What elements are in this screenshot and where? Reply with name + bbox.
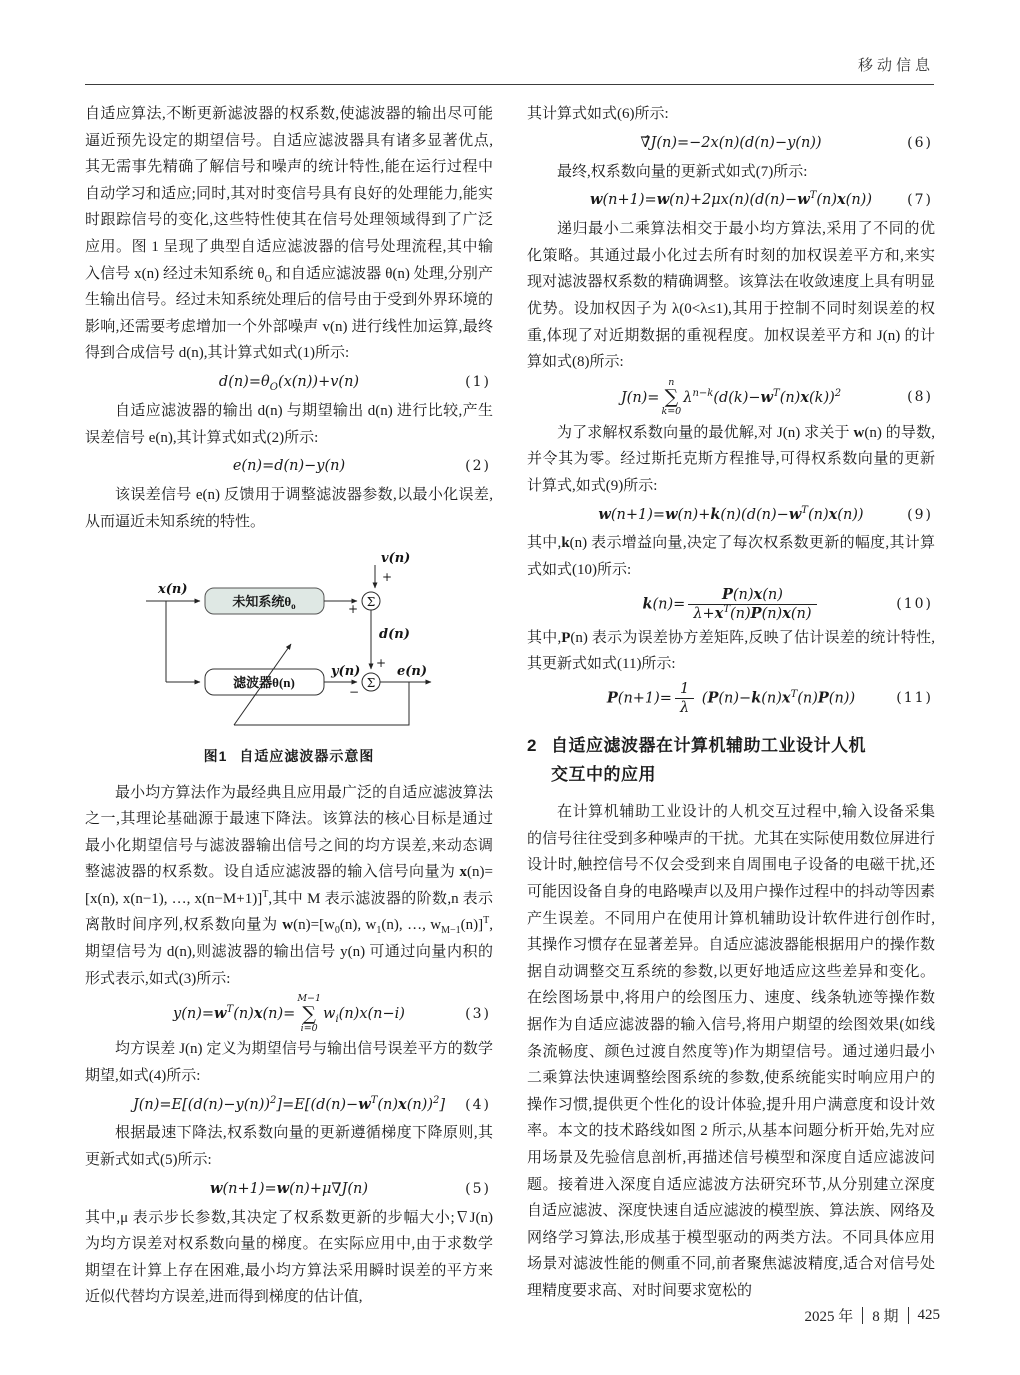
filter-label: 滤波器θ(n): [233, 675, 295, 690]
section-title-line1: 自适应滤波器在计算机辅助工业设计人机: [551, 736, 866, 755]
output-label: y(n): [330, 664, 360, 679]
plus-sign-mid: +: [376, 656, 386, 670]
equation-body: w(n+1)=w(n)+2μx(n)(d(n)−wT(n)x(n)): [590, 187, 872, 214]
section-title-line2: 交互中的应用: [551, 765, 656, 784]
equation-number: (3): [465, 1001, 491, 1028]
equation-number: (10): [896, 591, 933, 618]
equation: k(n)=P(n)x(n)λ+xT(n)P(n)x(n)(10): [527, 586, 935, 623]
sigma-icon: Σ: [366, 676, 374, 690]
equation-body: J(n)=n∑k=0λn−k(d(k)−wT(n)x(k))2: [621, 378, 841, 418]
paragraph: 最终,权系数向量的更新式如式(7)所示:: [527, 159, 935, 186]
left-column: 自适应算法,不断更新滤波器的权系数,使滤波器的输出尽可能逼近预先设定的期望信号。…: [85, 101, 493, 1311]
section-number: 2: [527, 731, 537, 789]
equation: J(n)=E[(d(n)−y(n))2]=E[(d(n)−wT(n)x(n))2…: [85, 1091, 493, 1118]
desired-label: d(n): [379, 627, 410, 642]
equation-number: (6): [907, 130, 933, 157]
paragraph: 其计算式如式(6)所示:: [527, 101, 935, 128]
equation-number: (7): [907, 187, 933, 214]
equation: e(n)=d(n)−y(n)(2): [85, 453, 493, 480]
journal-title: 移动信息: [858, 57, 934, 74]
equation-number: (8): [907, 384, 933, 411]
plus-sign-top: +: [348, 602, 358, 616]
footer-divider: [908, 1307, 909, 1324]
paragraph: 自适应滤波器的输出 d(n) 与期望输出 d(n) 进行比较,产生误差信号 e(…: [85, 398, 493, 451]
equation: w(n+1)=w(n)+k(n)(d(n)−wT(n)x(n))(9): [527, 501, 935, 528]
footer-year: 2025 年: [804, 1305, 853, 1326]
section-title: 自适应滤波器在计算机辅助工业设计人机 交互中的应用: [551, 731, 866, 789]
figure-caption-label: 图1: [204, 748, 228, 764]
right-column: 其计算式如式(6)所示:∇̂J(n)=−2x(n)(d(n)−y(n))(6)最…: [527, 101, 935, 1305]
paragraph: 其中,k(n) 表示增益向量,决定了每次权系数更新的幅度,其计算式如式(10)所…: [527, 530, 935, 583]
equation-number: (9): [907, 502, 933, 529]
equation-body: P(n+1)=1λ (P(n)−k(n)xT(n)P(n)): [607, 680, 855, 717]
equation-body: J(n)=E[(d(n)−y(n))2]=E[(d(n)−wT(n)x(n))2…: [133, 1092, 445, 1119]
equation: ∇̂J(n)=−2x(n)(d(n)−y(n))(6): [527, 130, 935, 157]
paragraph: 根据最速下降法,权系数向量的更新遵循梯度下降原则,其更新式如式(5)所示:: [85, 1120, 493, 1173]
equation-body: d(n)=θO(x(n))+v(n): [219, 369, 359, 396]
equation: J(n)=n∑k=0λn−k(d(k)−wT(n)x(k))2(8): [527, 378, 935, 418]
minus-sign: −: [349, 685, 359, 699]
equation-number: (5): [465, 1176, 491, 1203]
paper-page: 移动信息 自适应算法,不断更新滤波器的权系数,使滤波器的输出尽可能逼近预先设定的…: [0, 0, 1020, 1375]
equation-number: (4): [465, 1092, 491, 1119]
paragraph: 该误差信号 e(n) 反馈用于调整滤波器参数,以最小化误差,从而逼近未知系统的特…: [85, 482, 493, 535]
footer-issue: 8 期: [872, 1305, 898, 1326]
noise-label: v(n): [381, 551, 410, 566]
adaptive-filter-diagram: x(n) v(n) d(n) y(n) e(n) + + + − Σ Σ 未知系…: [86, 549, 493, 731]
equation-number: (11): [896, 685, 933, 712]
left-text-blocks-2: 最小均方算法作为最经典且应用最广泛的自适应滤波算法之一,其理论基础源于最速下降法…: [85, 780, 493, 1311]
paragraph: 均方误差 J(n) 定义为期望信号与输出信号误差平方的数学期望,如式(4)所示:: [85, 1036, 493, 1089]
paragraph: 为了求解权系数向量的最优解,对 J(n) 求关于 w(n) 的导数,并令其为零。…: [527, 420, 935, 500]
footer-divider: [862, 1307, 863, 1324]
paragraph: 递归最小二乘算法相交于最小均方算法,采用了不同的优化策略。其通过最小化过去所有时…: [527, 216, 935, 376]
paragraph: 在计算机辅助工业设计的人机交互过程中,输入设备采集的信号往往受到多种噪声的干扰。…: [527, 799, 935, 1304]
figure-1: x(n) v(n) d(n) y(n) e(n) + + + − Σ Σ 未知系…: [85, 549, 493, 769]
sigma-icon: Σ: [366, 595, 374, 609]
equation: d(n)=θO(x(n))+v(n)(1): [85, 369, 493, 396]
equation: P(n+1)=1λ (P(n)−k(n)xT(n)P(n))(11): [527, 680, 935, 717]
footer-page-number: 425: [918, 1307, 941, 1324]
figure-caption: 图1自适应滤波器示意图: [85, 743, 493, 770]
equation-body: y(n)=wT(n)x(n)=M−1∑i=0wi(n)x(n−i): [173, 994, 405, 1034]
unknown-system-label: 未知系统θo: [232, 594, 296, 611]
left-text-blocks-1: 自适应算法,不断更新滤波器的权系数,使滤波器的输出尽可能逼近预先设定的期望信号。…: [85, 101, 493, 535]
equation-body: ∇̂J(n)=−2x(n)(d(n)−y(n)): [640, 130, 821, 157]
section-heading: 2 自适应滤波器在计算机辅助工业设计人机 交互中的应用: [527, 731, 935, 789]
paragraph: 其中,μ 表示步长参数,其决定了权系数更新的步幅大小;∇J(n) 为均方误差对权…: [85, 1205, 493, 1311]
header-rule: [85, 84, 934, 85]
equation-body: e(n)=d(n)−y(n): [233, 453, 345, 480]
equation: w(n+1)=w(n)+μ∇J(n)(5): [85, 1176, 493, 1203]
equation-number: (1): [465, 369, 491, 396]
page-footer: 2025 年 8 期 425: [804, 1305, 940, 1326]
right-text-blocks-1: 其计算式如式(6)所示:∇̂J(n)=−2x(n)(d(n)−y(n))(6)最…: [527, 101, 935, 717]
equation-body: k(n)=P(n)x(n)λ+xT(n)P(n)x(n): [642, 586, 819, 623]
equation-number: (2): [465, 453, 491, 480]
input-label: x(n): [157, 582, 188, 597]
equation: y(n)=wT(n)x(n)=M−1∑i=0wi(n)x(n−i)(3): [85, 994, 493, 1034]
figure-caption-text: 自适应滤波器示意图: [239, 748, 374, 764]
right-text-blocks-2: 在计算机辅助工业设计的人机交互过程中,输入设备采集的信号往往受到多种噪声的干扰。…: [527, 799, 935, 1304]
equation: w(n+1)=w(n)+2μx(n)(d(n)−wT(n)x(n))(7): [527, 187, 935, 214]
paragraph: 其中,P(n) 表示为误差协方差矩阵,反映了估计误差的统计特性,其更新式如式(1…: [527, 625, 935, 678]
equation-body: w(n+1)=w(n)+k(n)(d(n)−wT(n)x(n)): [598, 502, 863, 529]
error-label: e(n): [397, 664, 427, 679]
paragraph: 最小均方算法作为最经典且应用最广泛的自适应滤波算法之一,其理论基础源于最速下降法…: [85, 780, 493, 993]
paragraph: 自适应算法,不断更新滤波器的权系数,使滤波器的输出尽可能逼近预先设定的期望信号。…: [85, 101, 493, 367]
equation-body: w(n+1)=w(n)+μ∇J(n): [210, 1176, 368, 1203]
running-head: 移动信息: [85, 54, 934, 75]
plus-sign-noise: +: [382, 570, 392, 584]
